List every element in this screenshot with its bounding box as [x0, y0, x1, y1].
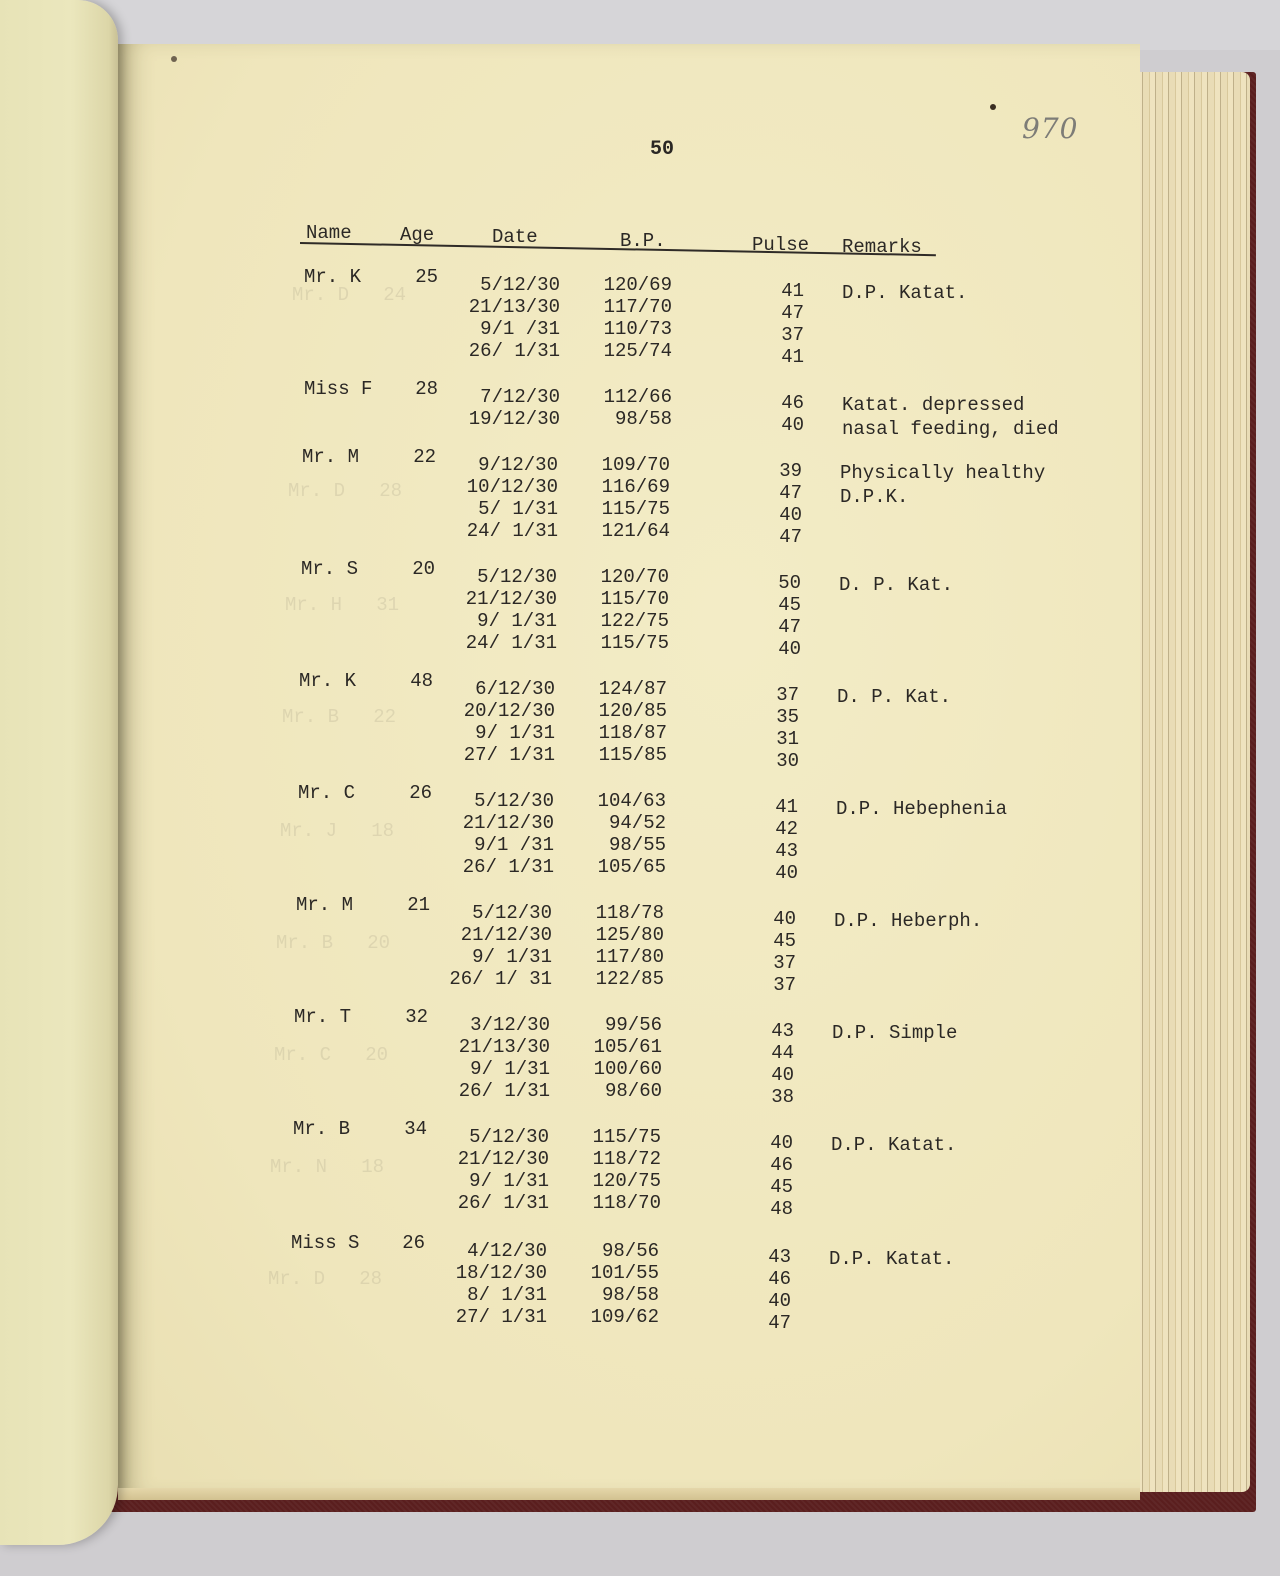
pulse-rate: 43	[768, 840, 798, 862]
blood-pressure: 125/74	[580, 340, 672, 362]
visit-date: 18/12/30	[437, 1262, 547, 1284]
pulse-rate: 46	[774, 392, 804, 414]
visit-date: 21/12/30	[444, 812, 554, 834]
blood-pressure: 109/70	[578, 454, 670, 476]
visit-date: 5/12/30	[439, 1126, 549, 1148]
pulse-rate: 47	[761, 1312, 791, 1334]
pulse-rate: 44	[764, 1042, 794, 1064]
blood-pressure: 109/62	[567, 1306, 659, 1328]
blood-pressure: 98/58	[567, 1284, 659, 1306]
remarks: D.P. Heberph.	[834, 910, 982, 932]
patient-age: 21	[400, 894, 430, 916]
blood-pressure: 98/55	[574, 834, 666, 856]
remarks: D. P. Kat.	[839, 574, 953, 596]
background	[0, 0, 1280, 50]
pulse-rate: 30	[769, 750, 799, 772]
show-through-text: Mr. N 18	[270, 1156, 384, 1178]
blood-pressure: 105/65	[574, 856, 666, 878]
pulse-rate: 45	[766, 930, 796, 952]
handwritten-folio-number: 970	[1022, 112, 1078, 145]
pulse-rate: 48	[763, 1198, 793, 1220]
patient-age: 34	[397, 1118, 427, 1140]
blood-pressure: 94/52	[574, 812, 666, 834]
blood-pressure: 115/70	[577, 588, 669, 610]
visit-date: 5/12/30	[450, 274, 560, 296]
patient-name: Miss S	[291, 1232, 359, 1254]
typed-page-number: 50	[650, 138, 674, 161]
blood-pressure: 115/85	[575, 744, 667, 766]
visit-date: 24/ 1/31	[448, 520, 558, 542]
visit-date: 7/12/30	[450, 386, 560, 408]
show-through-text: Mr. J 18	[280, 820, 394, 842]
blood-pressure: 118/70	[569, 1192, 661, 1214]
visit-date: 19/12/30	[450, 408, 560, 430]
patient-age: 25	[408, 266, 438, 288]
blood-pressure: 124/87	[575, 678, 667, 700]
show-through-text: Mr. D 28	[268, 1268, 382, 1290]
visit-date: 9/1 /31	[450, 318, 560, 340]
pulse-rate: 35	[769, 706, 799, 728]
visit-date: 5/ 1/31	[448, 498, 558, 520]
patient-age: 22	[406, 446, 436, 468]
remarks: Katat. depressed	[842, 394, 1024, 416]
visit-date: 3/12/30	[440, 1014, 550, 1036]
pulse-rate: 37	[766, 974, 796, 996]
remarks: D. P. Kat.	[837, 686, 951, 708]
patient-name: Mr. K	[299, 670, 356, 692]
blood-pressure: 117/70	[580, 296, 672, 318]
visit-date: 21/12/30	[439, 1148, 549, 1170]
patient-age: 48	[403, 670, 433, 692]
pulse-rate: 45	[763, 1176, 793, 1198]
visit-date: 9/12/30	[448, 454, 558, 476]
blood-pressure: 125/80	[572, 924, 664, 946]
visit-date: 21/12/30	[447, 588, 557, 610]
blood-pressure: 98/60	[570, 1080, 662, 1102]
patient-age: 32	[398, 1006, 428, 1028]
visit-date: 5/12/30	[442, 902, 552, 924]
pulse-rate: 31	[769, 728, 799, 750]
blood-pressure: 115/75	[569, 1126, 661, 1148]
blood-pressure: 117/80	[572, 946, 664, 968]
visit-date: 27/ 1/31	[445, 744, 555, 766]
visit-date: 5/12/30	[444, 790, 554, 812]
visit-date: 21/13/30	[440, 1036, 550, 1058]
patient-name: Mr. M	[302, 446, 359, 468]
pulse-rate: 46	[763, 1154, 793, 1176]
visit-date: 4/12/30	[437, 1240, 547, 1262]
pulse-rate: 40	[771, 638, 801, 660]
blood-pressure: 120/85	[575, 700, 667, 722]
visit-date: 9/ 1/31	[442, 946, 552, 968]
pulse-rate: 47	[772, 482, 802, 504]
punch-hole	[171, 56, 177, 62]
blood-pressure: 98/56	[567, 1240, 659, 1262]
patient-name: Miss F	[304, 378, 372, 400]
patient-age: 20	[405, 558, 435, 580]
blood-pressure: 122/75	[577, 610, 669, 632]
pulse-rate: 45	[771, 594, 801, 616]
visit-date: 9/ 1/31	[439, 1170, 549, 1192]
pulse-rate: 46	[761, 1268, 791, 1290]
punch-hole	[990, 104, 996, 110]
remarks: D.P. Katat.	[842, 282, 967, 304]
patient-name: Mr. S	[301, 558, 358, 580]
patient-age: 28	[408, 378, 438, 400]
blood-pressure: 118/72	[569, 1148, 661, 1170]
blood-pressure: 118/87	[575, 722, 667, 744]
blood-pressure: 100/60	[570, 1058, 662, 1080]
blood-pressure: 121/64	[578, 520, 670, 542]
remarks: D.P. Hebephenia	[836, 798, 1007, 820]
blood-pressure: 104/63	[574, 790, 666, 812]
remarks: D.P. Katat.	[831, 1134, 956, 1156]
visit-date: 26/ 1/31	[450, 340, 560, 362]
remarks: nasal feeding, died	[842, 418, 1059, 440]
patient-name: Mr. C	[298, 782, 355, 804]
page-stack-edges	[1130, 72, 1250, 1492]
show-through-text: Mr. B 20	[276, 932, 390, 954]
blood-pressure: 115/75	[577, 632, 669, 654]
blood-pressure: 120/69	[580, 274, 672, 296]
blood-pressure: 120/70	[577, 566, 669, 588]
pulse-rate: 47	[771, 616, 801, 638]
blood-pressure: 98/58	[580, 408, 672, 430]
patient-name: Mr. K	[304, 266, 361, 288]
pulse-rate: 50	[771, 572, 801, 594]
pulse-rate: 43	[764, 1020, 794, 1042]
visit-date: 10/12/30	[448, 476, 558, 498]
visit-date: 9/ 1/31	[445, 722, 555, 744]
pulse-rate: 40	[768, 862, 798, 884]
pulse-rate: 40	[766, 908, 796, 930]
blood-pressure: 112/66	[580, 386, 672, 408]
patient-age: 26	[402, 782, 432, 804]
show-through-text: Mr. D 28	[288, 480, 402, 502]
page-bottom-edge	[118, 1488, 1140, 1500]
visit-date: 9/ 1/31	[447, 610, 557, 632]
table-header: Name Age Date B.P. Pulse Remarks	[0, 222, 1280, 262]
remarks: D.P. Katat.	[829, 1248, 954, 1270]
visit-date: 21/12/30	[442, 924, 552, 946]
show-through-text: Mr. C 20	[274, 1044, 388, 1066]
pulse-rate: 43	[761, 1246, 791, 1268]
header-age: Age	[400, 224, 434, 246]
show-through-text: Mr. H 31	[285, 594, 399, 616]
visit-date: 6/12/30	[445, 678, 555, 700]
pulse-rate: 37	[774, 324, 804, 346]
patient-age: 26	[395, 1232, 425, 1254]
blood-pressure: 122/85	[572, 968, 664, 990]
show-through-text: Mr. B 22	[282, 706, 396, 728]
blood-pressure: 101/55	[567, 1262, 659, 1284]
pulse-rate: 42	[768, 818, 798, 840]
pulse-rate: 41	[768, 796, 798, 818]
blood-pressure: 110/73	[580, 318, 672, 340]
pulse-rate: 41	[774, 280, 804, 302]
visit-date: 24/ 1/31	[447, 632, 557, 654]
header-date: Date	[492, 226, 538, 248]
blood-pressure: 105/61	[570, 1036, 662, 1058]
pulse-rate: 47	[772, 526, 802, 548]
remarks: D.P. Simple	[832, 1022, 957, 1044]
patient-name: Mr. M	[296, 894, 353, 916]
visit-date: 27/ 1/31	[437, 1306, 547, 1328]
pulse-rate: 37	[766, 952, 796, 974]
visit-date: 9/ 1/31	[440, 1058, 550, 1080]
pulse-rate: 40	[761, 1290, 791, 1312]
blood-pressure: 120/75	[569, 1170, 661, 1192]
patient-name: Mr. T	[294, 1006, 351, 1028]
pulse-rate: 37	[769, 684, 799, 706]
patient-name: Mr. B	[293, 1118, 350, 1140]
remarks: Physically healthy	[840, 462, 1045, 484]
pulse-rate: 40	[774, 414, 804, 436]
pulse-rate: 40	[763, 1132, 793, 1154]
pulse-rate: 38	[764, 1086, 794, 1108]
visit-date: 20/12/30	[445, 700, 555, 722]
pulse-rate: 39	[772, 460, 802, 482]
visit-date: 26/ 1/31	[439, 1192, 549, 1214]
blood-pressure: 115/75	[578, 498, 670, 520]
blood-pressure: 118/78	[572, 902, 664, 924]
visit-date: 21/13/30	[450, 296, 560, 318]
pulse-rate: 41	[774, 346, 804, 368]
blood-pressure: 99/56	[570, 1014, 662, 1036]
visit-date: 8/ 1/31	[437, 1284, 547, 1306]
remarks: D.P.K.	[840, 486, 908, 508]
blood-pressure: 116/69	[578, 476, 670, 498]
header-name: Name	[306, 222, 352, 244]
visit-date: 26/ 1/31	[444, 856, 554, 878]
pulse-rate: 40	[772, 504, 802, 526]
pulse-rate: 47	[774, 302, 804, 324]
visit-date: 9/1 /31	[444, 834, 554, 856]
visit-date: 26/ 1/ 31	[442, 968, 552, 990]
visit-date: 5/12/30	[447, 566, 557, 588]
pulse-rate: 40	[764, 1064, 794, 1086]
visit-date: 26/ 1/31	[440, 1080, 550, 1102]
